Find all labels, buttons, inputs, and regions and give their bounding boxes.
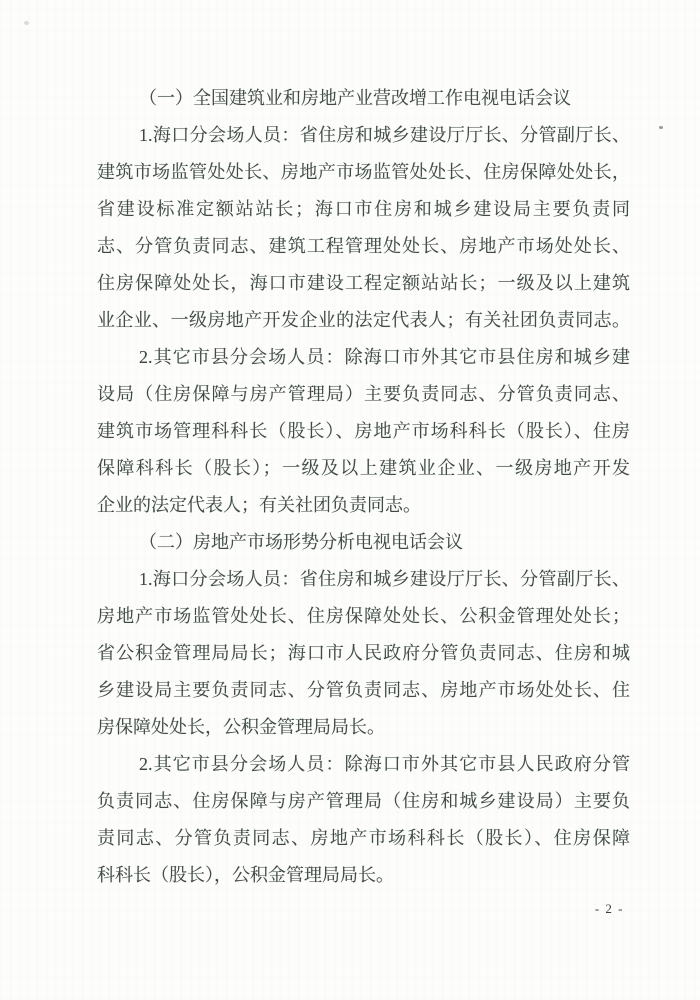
doc-line: 企业的法定代表人；有关社团负责同志。 (97, 487, 630, 524)
document-body: （一）全国建筑业和房地产业营改增工作电视电话会议 1.海口分会场人员：省住房和城… (97, 80, 630, 894)
doc-line: 房保障处处长，公积金管理局局长。 (97, 709, 630, 746)
page-number: - 2 - (595, 901, 624, 917)
doc-line: 建筑市场监管处处长、房地产市场监管处处长、住房保障处处长， (97, 154, 630, 191)
scanned-document-page: （一）全国建筑业和房地产业营改增工作电视电话会议 1.海口分会场人员：省住房和城… (0, 0, 700, 1000)
doc-line: 责同志、分管负责同志、房地产市场科科长（股长）、住房保障 (97, 820, 630, 857)
doc-line: 2.其它市县分会场人员：除海口市外其它市县住房和城乡建 (97, 339, 630, 376)
doc-line: 2.其它市县分会场人员：除海口市外其它市县人民政府分管 (97, 746, 630, 783)
doc-line: 乡建设局主要负责同志、分管负责同志、房地产市场处处长、住 (97, 672, 630, 709)
doc-line: 保障科科长（股长）；一级及以上建筑业企业、一级房地产开发 (97, 450, 630, 487)
doc-line: 设局（住房保障与房产管理局）主要负责同志、分管负责同志、 (97, 376, 630, 413)
doc-line: 住房保障处处长，海口市建设工程定额站站长；一级及以上建筑 (97, 265, 630, 302)
section-1-heading: （一）全国建筑业和房地产业营改增工作电视电话会议 (97, 80, 630, 117)
doc-line: 建筑市场管理科科长（股长）、房地产市场科科长（股长）、住房 (97, 413, 630, 450)
doc-line: 业企业、一级房地产开发企业的法定代表人；有关社团负责同志。 (97, 302, 630, 339)
doc-line: 科科长（股长），公积金管理局局长。 (97, 857, 630, 894)
doc-line: 房地产市场监管处处长、住房保障处处长、公积金管理处处长； (97, 598, 630, 635)
scan-speck (659, 126, 663, 129)
scan-speck (24, 21, 29, 25)
doc-line: 1.海口分会场人员：省住房和城乡建设厅厅长、分管副厅长、 (97, 117, 630, 154)
doc-line: 省建设标准定额站站长；海口市住房和城乡建设局主要负责同 (97, 191, 630, 228)
doc-line: 志、分管负责同志、建筑工程管理处处长、房地产市场处处长、 (97, 228, 630, 265)
doc-line: 负责同志、住房保障与房产管理局（住房和城乡建设局）主要负 (97, 783, 630, 820)
section-2-heading: （二）房地产市场形势分析电视电话会议 (97, 524, 630, 561)
doc-line: 省公积金管理局局长；海口市人民政府分管负责同志、住房和城 (97, 635, 630, 672)
doc-line: 1.海口分会场人员：省住房和城乡建设厅厅长、分管副厅长、 (97, 561, 630, 598)
